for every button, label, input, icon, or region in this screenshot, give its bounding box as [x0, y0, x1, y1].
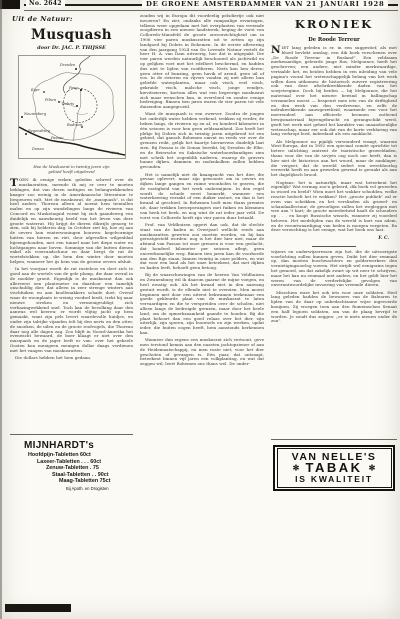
kroniek-heading: KRONIEK	[271, 17, 397, 31]
van-nelle-ad: VAN NELLE'S ✻ TABAK ✻ IS KWALITEIT	[273, 445, 395, 492]
van-nelle-ad-inner: VAN NELLE'S ✻ TABAK ✻ IS KWALITEIT	[277, 448, 392, 488]
header-rule-thin	[24, 10, 398, 11]
scan-artifact-left-edge	[0, 0, 2, 619]
mijnhardt-title: MIJNHARDT's	[24, 440, 133, 451]
column-whitespace	[10, 363, 133, 431]
ad-divider-rule	[271, 439, 397, 440]
map-label-regensburg: Regensburg	[27, 129, 51, 133]
article-paragraph: Die dollars hebben het hem gedaan.	[10, 356, 133, 361]
scan-artifact-top-left	[0, 0, 20, 9]
map-dot-eger	[43, 91, 45, 93]
map-label-donau: Donau	[31, 147, 45, 151]
column-middle: zouden wij in Europa dit voordeelig pels…	[140, 14, 264, 491]
van-nelle-line-3: IS KWALITEIT	[279, 475, 390, 484]
article-paragraph: Want de musquash is een zwerver. Zoodra …	[140, 112, 264, 170]
column-right: KRONIEK De Roode Terreur NIET lang geled…	[271, 14, 397, 491]
mijnhardt-product-line: Zenuw-Tabletten . 75	[46, 465, 133, 472]
kroniek-heading-rule	[321, 33, 347, 34]
issue-number: No. 2642	[26, 0, 65, 7]
van-nelle-line-2: ✻ TABAK ✻	[279, 462, 390, 475]
kroniek-paragraph: NIET lang geleden is er, in een suggesti…	[271, 46, 397, 137]
rosette-icon: ✻	[369, 464, 376, 473]
map-label-budweis: Budweis	[66, 123, 83, 127]
article-paragraph: wijzers en onderwijzeressen zijn het, di…	[271, 250, 397, 288]
map-label-neurenberg: Neurenberg	[23, 112, 47, 116]
article-paragraph: Misschien ware het ook iets voor onze so…	[271, 291, 397, 325]
map-dot-prag	[80, 89, 82, 91]
mijnhardt-product-line: Maag-Tabletten 75ct	[59, 478, 133, 485]
map-caption-line2: gebied heeft uitgebreid	[48, 169, 94, 174]
van-nelle-word-tabak: TABAK	[305, 460, 362, 475]
map-label-prag: Prag	[68, 86, 78, 90]
kroniek-subtitle: De Roode Terreur	[271, 37, 397, 43]
article-paragraph: TOEN ik eenige weken geleden schreef ove…	[10, 178, 133, 264]
ad-divider-rule	[10, 434, 133, 435]
mijnhardt-product-line: Hoofdpijn-Tabletten 60ct	[28, 452, 133, 459]
map-dot-regensburg	[25, 133, 27, 135]
map-dot-neurenberg	[21, 116, 23, 118]
map-label-dresden: Dresden	[59, 63, 76, 67]
map-dot-dobris	[76, 105, 78, 107]
article-paragraph: Wanneer dan ergens een muskusrat zich ve…	[140, 338, 264, 367]
column-left: Uit de Natuur: Musquash door Dr. JAC. P.…	[10, 14, 133, 491]
map-label-eger: Eger	[30, 88, 40, 92]
map-label-dobris: Dobris	[61, 102, 74, 106]
mijnhardt-ad: MIJNHARDT's Hoofdpijn-Tabletten 60ct Lax…	[10, 438, 133, 491]
mijnhardt-product-line: Staal-Tabletten . . 90ct	[52, 472, 133, 479]
column-whitespace	[271, 327, 397, 436]
map-label-wien: Wien	[110, 151, 120, 155]
map-river-moldau	[73, 89, 81, 141]
map-dot-pilsen	[58, 101, 60, 103]
scan-artifact-bottom-left	[5, 604, 71, 612]
mijnhardt-product-line: Laxeer-Tabletten . . . 60ct	[37, 459, 133, 466]
map-caption: Hoe de Muskusrat in twintig jaren zijn g…	[10, 165, 133, 174]
article-paragraph: Prof. van Veldhuizen oppert dan ook, dat…	[140, 223, 264, 271]
article-byline: door Dr. JAC. P. THIJSSE	[10, 45, 133, 51]
map-dot-dresden	[75, 68, 77, 70]
map-label-passau: Passau	[50, 136, 64, 140]
kroniek-paragraph: Nogtans: het is natuurlijk, maar wat bet…	[271, 181, 397, 234]
map-illustration: Dresden Eger Prag Pilsen Dobris Neurenbe…	[18, 55, 133, 163]
map-dot-passau	[61, 141, 63, 143]
column-layout: Uit de Natuur: Musquash door Dr. JAC. P.…	[10, 14, 397, 491]
article-title: Musquash	[10, 27, 133, 43]
newspaper-page: No. 2642 DE GROENE AMSTERDAMMER VAN 21 J…	[0, 0, 400, 619]
map-label-pilsen: Pilsen	[44, 98, 57, 102]
mijnhardt-footer: Bij Apoth. en Drogisten	[66, 486, 133, 491]
article-paragraph: Bij de waarschuwingen van de heeren Van …	[140, 273, 264, 335]
section-divider	[312, 246, 356, 247]
kroniek-signature: F. C.	[271, 236, 397, 241]
article-paragraph: Het is namelijk niet de knaagzucht van h…	[140, 173, 264, 221]
article-paragraph: zouden wij in Europa dit voordeelig pels…	[140, 14, 264, 110]
rubric: Uit de Natuur:	[12, 15, 133, 23]
article-paragraph: In het voorjaar wordt de rat rusteloos e…	[10, 267, 133, 353]
kroniek-paragraph: Als Melgounov nu pijnlijk verwonderd vra…	[271, 140, 397, 178]
masthead: DE GROENE AMSTERDAMMER VAN 21 JANUARI 19…	[142, 0, 388, 8]
rosette-icon: ✻	[293, 464, 300, 473]
